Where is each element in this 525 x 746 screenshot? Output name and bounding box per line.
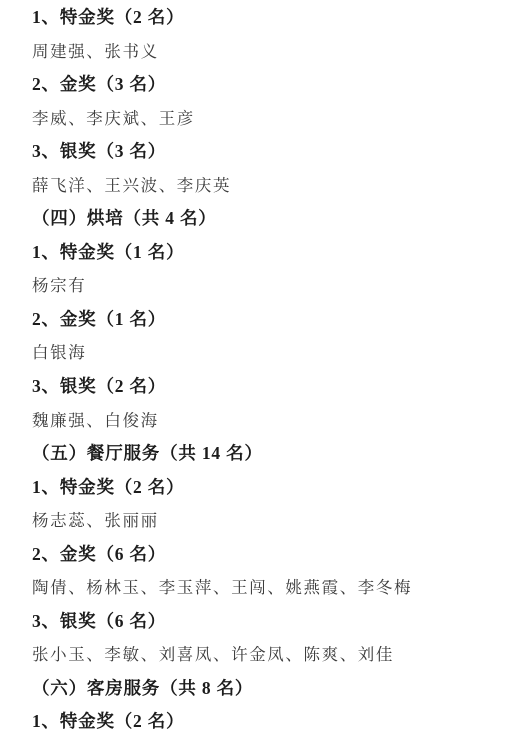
tier-heading: 3、银奖（3 名）: [32, 135, 515, 169]
section-heading: （五）餐厅服务（共 14 名）: [32, 437, 515, 471]
winner-names: 张小玉、李敏、刘喜凤、许金凤、陈爽、刘佳: [32, 638, 515, 672]
winner-names: 杨志蕊、张丽丽: [32, 504, 515, 538]
tier-heading: 3、银奖（6 名）: [32, 605, 515, 639]
winner-names: 薛飞洋、王兴波、李庆英: [32, 169, 515, 203]
section-heading: （四）烘培（共 4 名）: [32, 202, 515, 236]
tier-heading: 2、金奖（3 名）: [32, 68, 515, 102]
winner-names: 周建强、张书义: [32, 35, 515, 69]
section-heading: （六）客房服务（共 8 名）: [32, 672, 515, 706]
winner-names: 杨宗有: [32, 269, 515, 303]
winner-names: 李威、李庆斌、王彦: [32, 102, 515, 136]
winner-names: 魏廉强、白俊海: [32, 404, 515, 438]
tier-heading: 1、特金奖（1 名）: [32, 236, 515, 270]
winner-names: 白银海: [32, 336, 515, 370]
tier-heading: 3、银奖（2 名）: [32, 370, 515, 404]
award-list-document: 1、特金奖（2 名）周建强、张书义2、金奖（3 名）李威、李庆斌、王彦3、银奖（…: [0, 0, 525, 746]
tier-heading: 1、特金奖（2 名）: [32, 705, 515, 739]
tier-heading: 2、金奖（6 名）: [32, 538, 515, 572]
tier-heading: 1、特金奖（2 名）: [32, 1, 515, 35]
winner-names: 陶倩、杨林玉、李玉萍、王闯、姚燕霞、李冬梅: [32, 571, 515, 605]
tier-heading: 2、金奖（1 名）: [32, 303, 515, 337]
tier-heading: 1、特金奖（2 名）: [32, 471, 515, 505]
